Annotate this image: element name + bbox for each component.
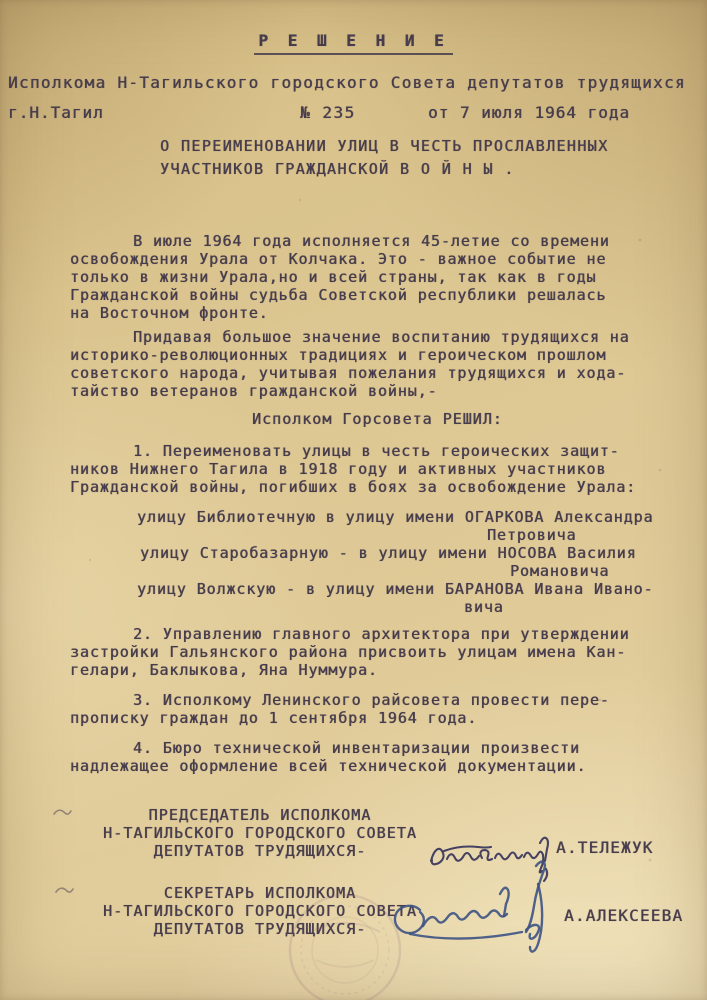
document-page: Р Е Ш Е Н И Е Исполкома Н-Тагильского го… xyxy=(0,0,707,1000)
secretary-title-block: СЕКРЕТАРЬ ИСПОЛКОМА Н-ТАГИЛЬСКОГО ГОРОДС… xyxy=(85,884,435,938)
rename-line: улицу Библиотечную в улицу имени ОГАРКОВ… xyxy=(137,508,665,526)
pencil-mark xyxy=(54,810,73,892)
chairman-typed-name: А.ТЕЛЕЖУК xyxy=(556,838,654,857)
paragraph-intro: В июле 1964 года исполняется 45-летие со… xyxy=(70,232,665,322)
street-rename-list: улицу Библиотечную в улицу имени ОГАРКОВ… xyxy=(70,508,665,616)
rename-line: улицу Старобазарную - в улицу имени НОСО… xyxy=(140,544,665,562)
rename-line-continuation: Романовича xyxy=(510,562,665,580)
issuing-organization: Исполкома Н-Тагильского городского Совет… xyxy=(8,73,686,92)
document-title-text: Р Е Ш Е Н И Е xyxy=(254,31,452,55)
chairman-signature xyxy=(431,838,548,881)
rename-line: улицу Волжскую - в улицу имени БАРАНОВА … xyxy=(137,580,665,598)
city-label: г.Н.Тагил xyxy=(8,103,104,122)
paragraph-motivation: Придавая большое значение воспитанию тру… xyxy=(70,328,665,400)
resolution-item-3: 3. Исполкому Ленинского райсовета провес… xyxy=(70,691,665,727)
document-date: от 7 июля 1964 года xyxy=(428,103,630,122)
secretary-typed-name: А.АЛЕКСЕЕВА xyxy=(564,906,683,925)
resolution-item-1: 1. Переименовать улицы в честь героическ… xyxy=(70,442,665,496)
chairman-title-block: ПРЕДСЕДАТЕЛЬ ИСПОЛКОМА Н-ТАГИЛЬСКОГО ГОР… xyxy=(85,806,435,860)
rename-line-continuation: вича xyxy=(464,598,665,616)
document-number: № 235 xyxy=(300,103,356,122)
document-subject: О ПЕРЕИМЕНОВАНИИ УЛИЦ В ЧЕСТЬ ПРОСЛАВЛЕН… xyxy=(160,135,609,181)
resolution-item-4: 4. Бюро технической инвентаризации произ… xyxy=(70,739,665,775)
rename-line-continuation: Петровича xyxy=(487,526,665,544)
document-title: Р Е Ш Е Н И Е xyxy=(0,31,707,55)
resolution-item-2: 2. Управлению главного архитектора при у… xyxy=(70,625,665,679)
resolved-heading: Исполком Горсовета РЕШИЛ: xyxy=(252,410,503,428)
